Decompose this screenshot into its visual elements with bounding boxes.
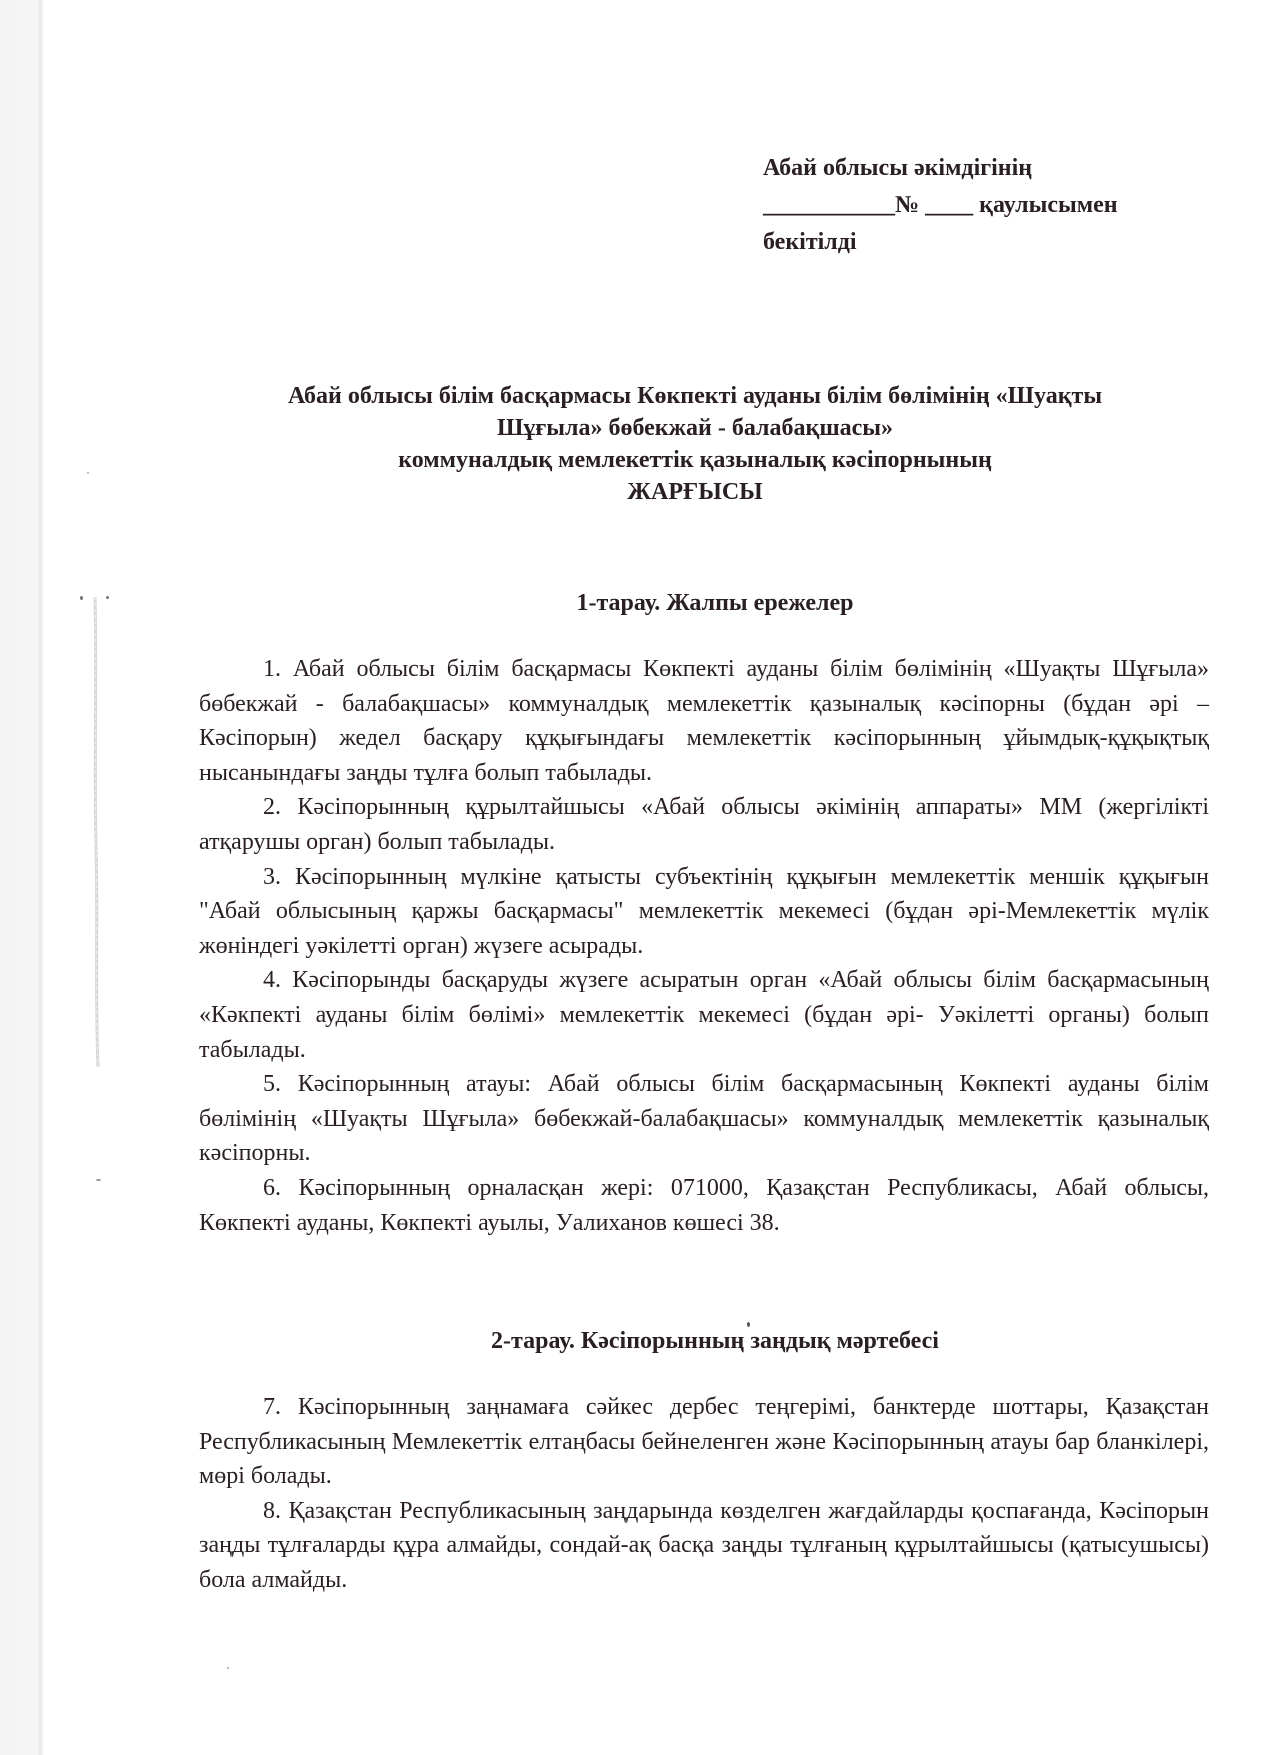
- approval-line-2: ___________№ ____ қаулысымен: [763, 187, 1183, 224]
- section-2-body: 7. Кәсіпорынның заңнамаға сәйкес дербес …: [199, 1390, 1209, 1598]
- title-line-3: коммуналдық мемлекеттік қазыналық кәсіпо…: [170, 444, 1220, 476]
- paragraph-5: 5. Кәсіпорынның атауы: Абай облысы білім…: [199, 1067, 1209, 1171]
- document-title: Абай облысы білім басқармасы Көкпекті ау…: [170, 380, 1220, 508]
- scan-speck: [80, 596, 83, 600]
- document-type: ЖАРҒЫСЫ: [170, 476, 1220, 508]
- paragraph-3: 3. Кәсіпорынның мүлкіне қатысты субъекті…: [199, 860, 1209, 964]
- binding-thread-image: [92, 597, 100, 1067]
- paragraph-8: 8. Қазақстан Республикасының заңдарында …: [199, 1494, 1209, 1598]
- approval-line-3: бекітілді: [763, 224, 1183, 261]
- title-line-1: Абай облысы білім басқармасы Көкпекті ау…: [170, 380, 1220, 412]
- section-heading-1: 1-тарау. Жалпы ережелер: [200, 588, 1230, 618]
- scan-speck: [96, 1179, 101, 1181]
- section-1-body: 1. Абай облысы білім басқармасы Көкпекті…: [199, 652, 1209, 1240]
- section-heading-2: 2-тарау. Кәсіпорынның заңдық мәртебесі: [200, 1326, 1230, 1356]
- paragraph-2: 2. Кәсіпорынның құрылтайшысы «Абай облыс…: [199, 790, 1209, 859]
- paragraph-6: 6. Кәсіпорынның орналасқан жері: 071000,…: [199, 1171, 1209, 1240]
- paragraph-7: 7. Кәсіпорынның заңнамаға сәйкес дербес …: [199, 1390, 1209, 1494]
- paragraph-4: 4. Кәсіпорынды басқаруды жүзеге асыратын…: [199, 963, 1209, 1067]
- scan-edge-strip: [0, 0, 44, 1755]
- title-line-2: Шұғыла» бөбекжай - балабақшасы»: [170, 412, 1220, 444]
- approval-stamp: Абай облысы әкімдігінің ___________№ ___…: [763, 150, 1183, 261]
- paragraph-1: 1. Абай облысы білім басқармасы Көкпекті…: [199, 652, 1209, 790]
- scan-speck: [87, 472, 89, 474]
- approval-line-1: Абай облысы әкімдігінің: [763, 150, 1183, 187]
- scan-speck: [106, 596, 109, 599]
- scan-speck: [227, 1667, 229, 1669]
